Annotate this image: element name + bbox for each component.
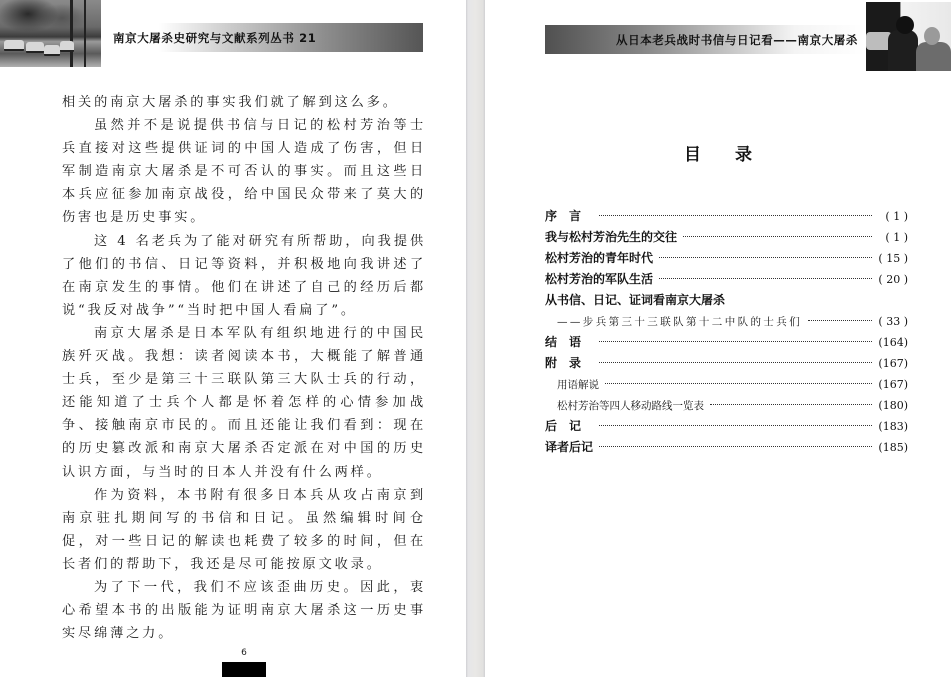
dot-leader (599, 341, 872, 342)
toc-entry-page: ( 1 ) (878, 206, 908, 227)
body-paragraph: 南京大屠杀是日本军队有组织地进行的中国民族歼灭战。我想：读者阅读本书，大概能了解… (62, 322, 426, 484)
dot-leader (599, 362, 872, 363)
toc-entry-label: 附录 (545, 353, 593, 374)
toc-entry[interactable]: 结语(164) (545, 332, 908, 353)
toc-entry-page: (180) (878, 395, 908, 416)
body-paragraph: 相关的南京大屠杀的事实我们就了解到这么多。 (62, 91, 426, 114)
toc-entry[interactable]: 序言( 1 ) (545, 206, 908, 227)
toc-entry-label: 后记 (545, 416, 593, 437)
table-of-contents: 序言( 1 )我与松村芳治先生的交往( 1 )松村芳治的青年时代( 15 )松村… (545, 206, 908, 458)
book-spread: 南京大屠杀史研究与文献系列丛书 21 相关的南京大屠杀的事实我们就了解到这么多。… (0, 0, 951, 677)
dot-leader (605, 383, 872, 384)
toc-title: 目录 (485, 140, 951, 165)
dot-leader (710, 404, 872, 405)
toc-entry-label: ——步兵第三十三联队第十二中队的士兵们 (545, 312, 802, 333)
person-shape (888, 30, 918, 71)
toc-entry[interactable]: 附录(167) (545, 353, 908, 374)
person-shape (916, 42, 951, 71)
toc-entry-label: 译者后记 (545, 437, 593, 458)
toc-entry[interactable]: ——步兵第三十三联队第十二中队的士兵们( 33 ) (545, 311, 908, 332)
dot-leader (659, 257, 872, 258)
dot-leader (683, 236, 872, 237)
toc-entry-page: ( 20 ) (878, 269, 908, 290)
car-shape (44, 45, 60, 56)
pole-shape (70, 0, 73, 67)
page-number: 6 (222, 648, 266, 658)
toc-entry-label: 我与松村芳治先生的交往 (545, 227, 677, 248)
book-title: 从日本老兵战时书信与日记看——南京大屠杀 (616, 32, 858, 48)
car-shape (4, 40, 24, 51)
toc-entry-label: 结语 (545, 332, 593, 353)
toc-entry-page: (185) (878, 437, 908, 458)
toc-entry-label: 从书信、日记、证词看南京大屠杀 (545, 290, 725, 311)
toc-entry-page: (167) (878, 353, 908, 374)
toc-entry-label: 松村芳治的青年时代 (545, 248, 653, 269)
toc-entry-label: 序言 (545, 206, 593, 227)
toc-entry[interactable]: 松村芳治的军队生活( 20 ) (545, 269, 908, 290)
toc-entry-page: ( 33 ) (878, 311, 908, 332)
toc-entry[interactable]: 我与松村芳治先生的交往( 1 ) (545, 227, 908, 248)
toc-entry[interactable]: 用语解说(167) (545, 374, 908, 395)
body-paragraph: 虽然并不是说提供书信与日记的松村芳治等士兵直接对这些提供证词的中国人造成了伤害，… (62, 114, 426, 229)
dot-leader (808, 320, 872, 321)
left-page: 南京大屠杀史研究与文献系列丛书 21 相关的南京大屠杀的事实我们就了解到这么多。… (0, 0, 466, 677)
people-meeting-photo (866, 2, 951, 71)
toc-entry-page: ( 15 ) (878, 248, 908, 269)
person-head-shape (924, 27, 940, 45)
toc-entry-page: (183) (878, 416, 908, 437)
toc-entry-label: 松村芳治等四人移动路线一览表 (545, 396, 704, 417)
dot-leader (599, 215, 872, 216)
series-header-bar: 南京大屠杀史研究与文献系列丛书 21 (101, 23, 423, 52)
toc-entry[interactable]: 后记(183) (545, 416, 908, 437)
car-shape (60, 41, 74, 52)
body-paragraph: 作为资料，本书附有很多日本兵从攻占南京到南京驻扎期间写的书信和日记。虽然编辑时间… (62, 484, 426, 576)
pole-shape (84, 0, 86, 67)
dot-leader (599, 446, 872, 447)
toc-entry[interactable]: 松村芳治等四人移动路线一览表(180) (545, 395, 908, 416)
body-text: 相关的南京大屠杀的事实我们就了解到这么多。虽然并不是说提供书信与日记的松村芳治等… (62, 91, 426, 645)
body-paragraph: 为了下一代，我们不应该歪曲历史。因此，衷心希望本书的出版能为证明南京大屠杀这一历… (62, 576, 426, 645)
toc-entry[interactable]: 译者后记(185) (545, 437, 908, 458)
toc-entry-page: (167) (878, 374, 908, 395)
toc-entry[interactable]: 松村芳治的青年时代( 15 ) (545, 248, 908, 269)
body-paragraph: 这 4 名老兵为了能对研究有所帮助，向我提供了他们的书信、日记等资料，并积极地向… (62, 230, 426, 322)
car-shape (26, 42, 44, 53)
toc-entry-page: (164) (878, 332, 908, 353)
series-title: 南京大屠杀史研究与文献系列丛书 21 (113, 30, 316, 46)
book-header-bar: 从日本老兵战时书信与日记看——南京大屠杀 (545, 25, 865, 54)
toc-entry-label: 用语解说 (545, 375, 599, 396)
toc-entry-page: ( 1 ) (878, 227, 908, 248)
toc-entry-label: 松村芳治的军队生活 (545, 269, 653, 290)
book-gutter (466, 0, 485, 677)
dot-leader (599, 425, 872, 426)
toc-entry[interactable]: 从书信、日记、证词看南京大屠杀 (545, 290, 908, 311)
person-head-shape (896, 16, 914, 34)
page-tab-marker (222, 662, 266, 677)
dot-leader (659, 278, 872, 279)
street-scene-photo (0, 0, 101, 67)
